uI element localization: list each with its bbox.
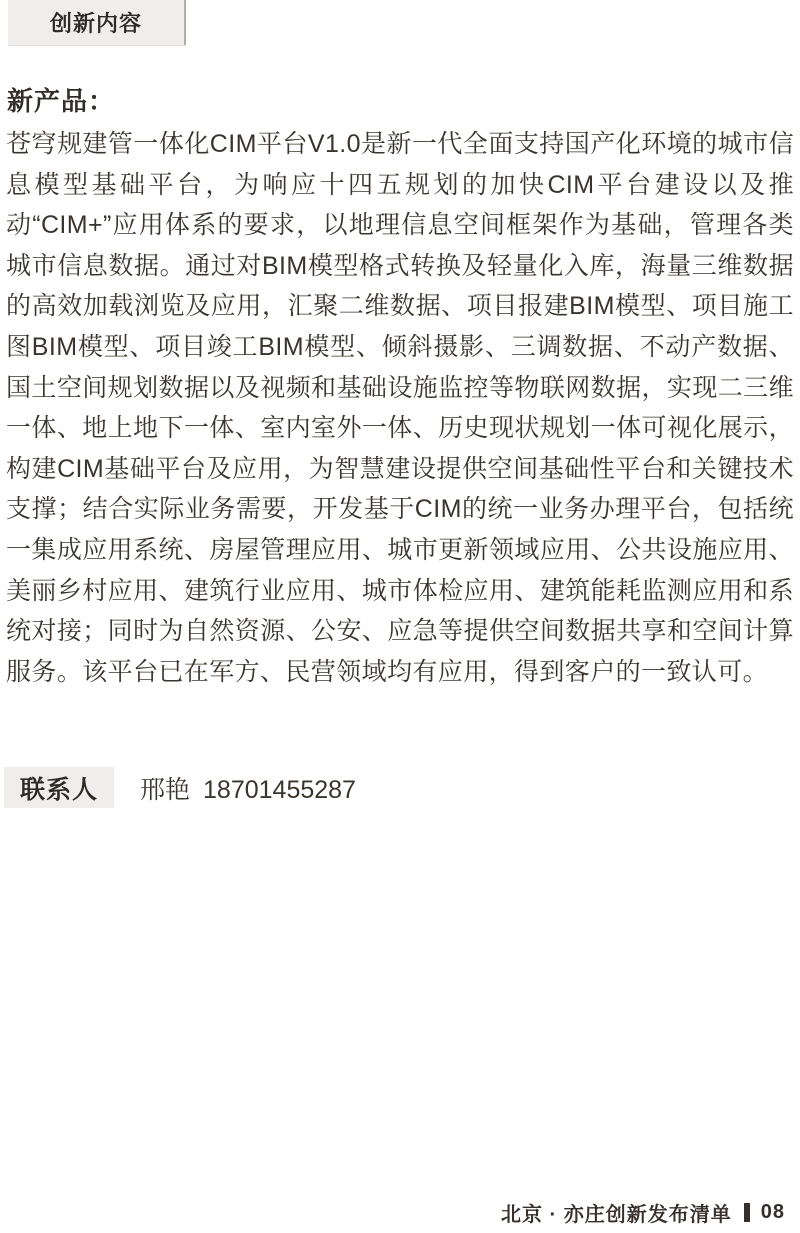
section-badge-label: 创新内容 <box>50 7 142 38</box>
contact-value: 邢艳 18701455287 <box>140 770 356 806</box>
product-description: 苍穹规建管一体化CIM平台V1.0是新一代全面支持国产化环境的城市信息模型基础平… <box>6 124 794 692</box>
footer-title: 北京 · 亦庄创新发布清单 <box>501 1198 732 1227</box>
contact-name: 邢艳 <box>140 770 190 806</box>
contact-label-badge: 联系人 <box>4 767 114 808</box>
contact-row: 联系人 邢艳 18701455287 <box>4 767 356 808</box>
page-footer: 北京 · 亦庄创新发布清单 08 <box>501 1198 785 1227</box>
section-badge: 创新内容 <box>8 0 186 45</box>
footer-page-number: 08 <box>761 1201 785 1224</box>
contact-phone: 18701455287 <box>203 776 356 805</box>
product-heading: 新产品： <box>7 81 115 118</box>
footer-separator-bar <box>744 1203 750 1222</box>
document-page: 创新内容 新产品： 苍穹规建管一体化CIM平台V1.0是新一代全面支持国产化环境… <box>0 0 800 1233</box>
contact-label-text: 联系人 <box>20 770 98 806</box>
